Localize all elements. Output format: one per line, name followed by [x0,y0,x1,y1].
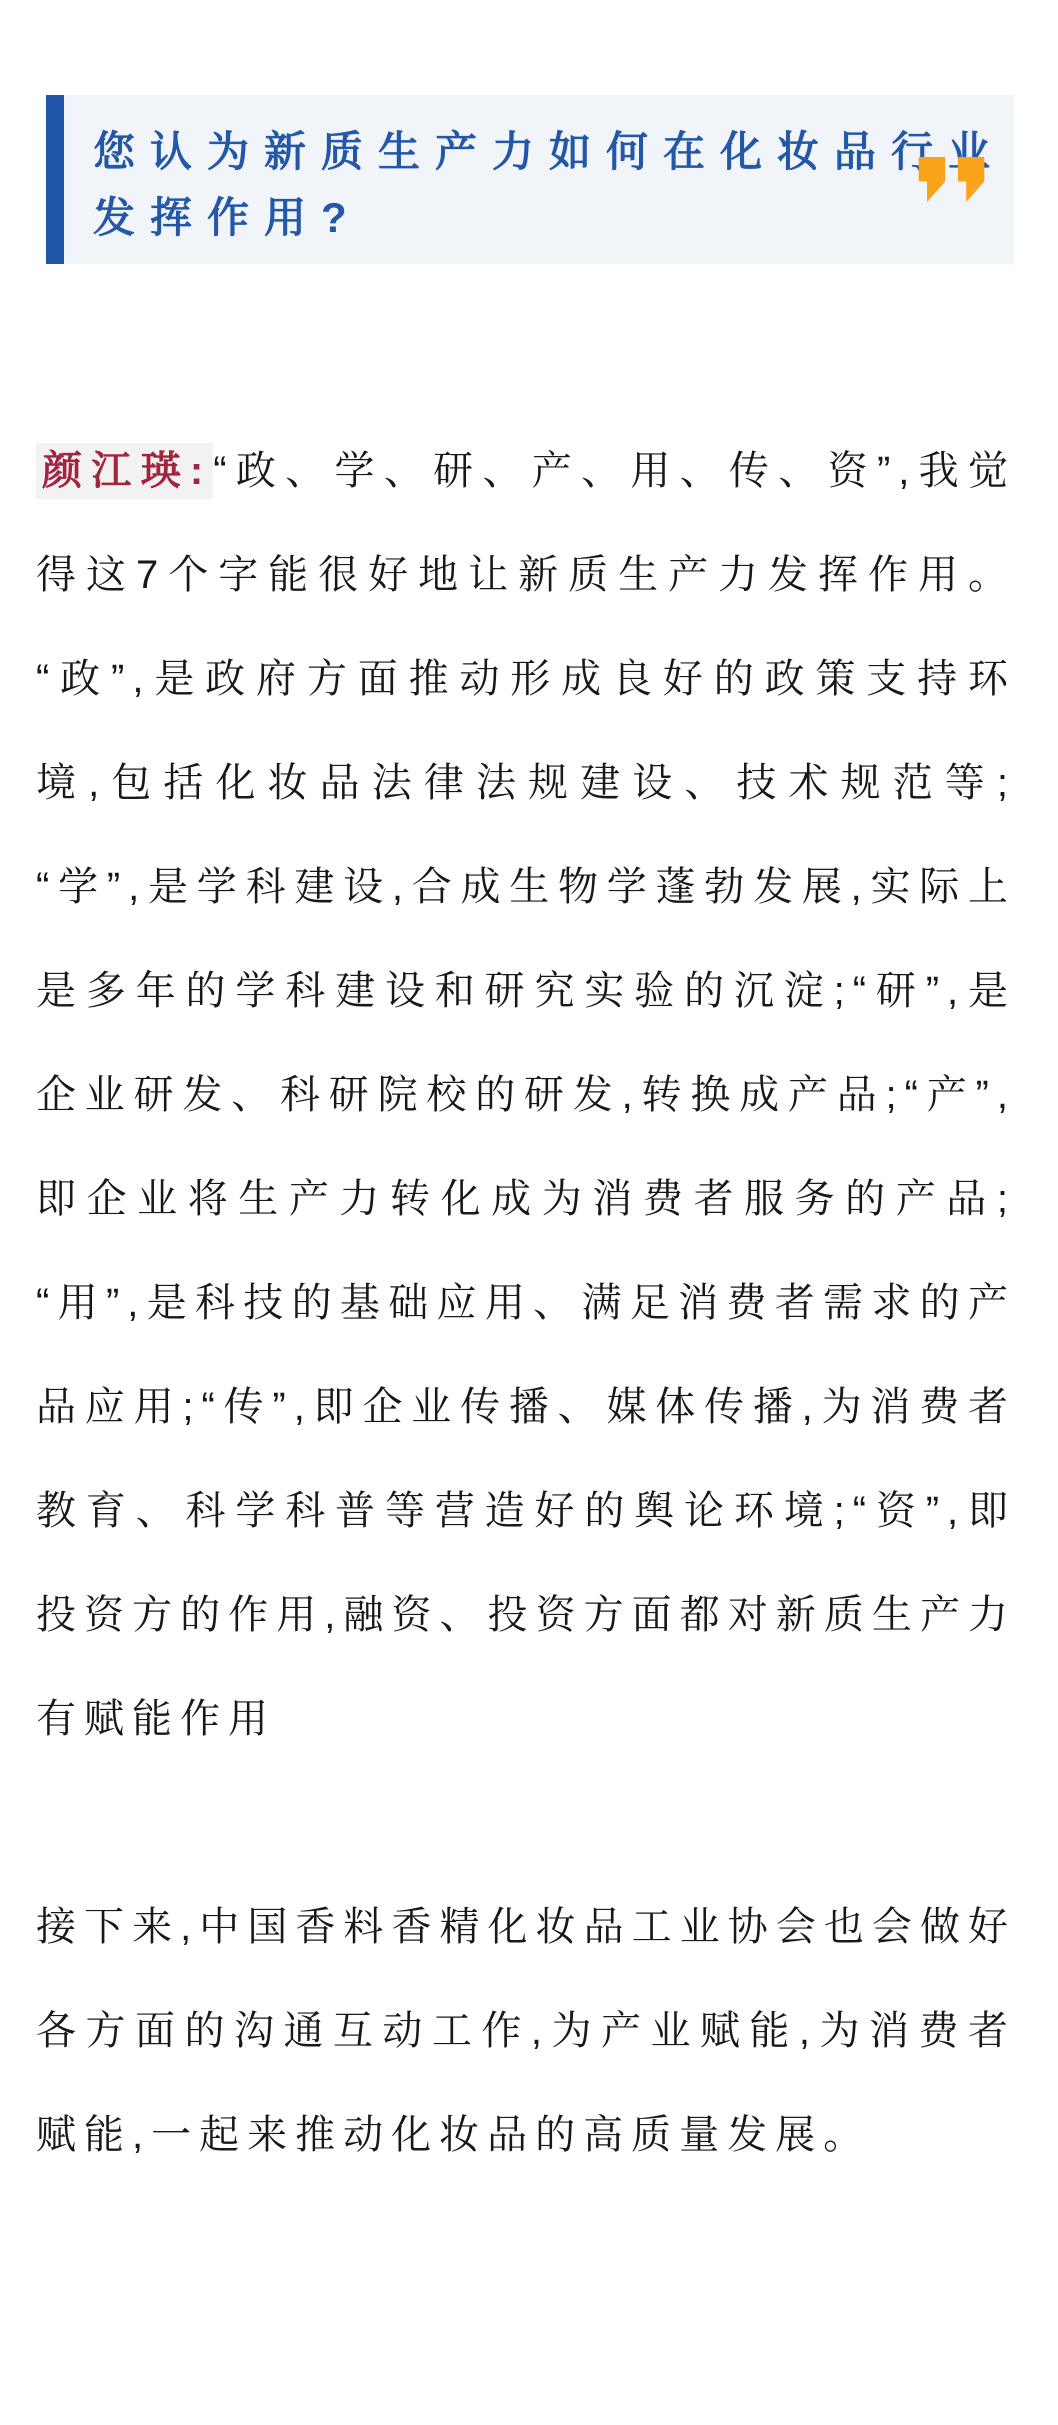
closing-quote-icon [918,157,985,203]
article-page: 您认为新质生产力如何在化妆品行业发挥作用? 颜江瑛:“政、学、研、产、用、传、资… [0,0,1058,2425]
question-block: 您认为新质生产力如何在化妆品行业发挥作用? [46,95,1014,264]
answer-text: “政、学、研、产、用、传、资”,我觉得这7个字能很好地让新质生产力发挥作用。“政… [36,449,1016,1741]
question-accent-bar [46,95,64,264]
question-box: 您认为新质生产力如何在化妆品行业发挥作用? [64,95,1014,264]
speaker-name: 颜江瑛: [36,443,213,499]
article-body: 颜江瑛:“政、学、研、产、用、传、资”,我觉得这7个字能很好地让新质生产力发挥作… [36,419,1016,2187]
closing-paragraph: 接下来,中国香料香精化妆品工业协会也会做好各方面的沟通互动工作,为产业赋能,为消… [36,1875,1016,2187]
question-text: 您认为新质生产力如何在化妆品行业发挥作用? [93,119,1014,251]
answer-paragraph: 颜江瑛:“政、学、研、产、用、传、资”,我觉得这7个字能很好地让新质生产力发挥作… [36,419,1016,1771]
